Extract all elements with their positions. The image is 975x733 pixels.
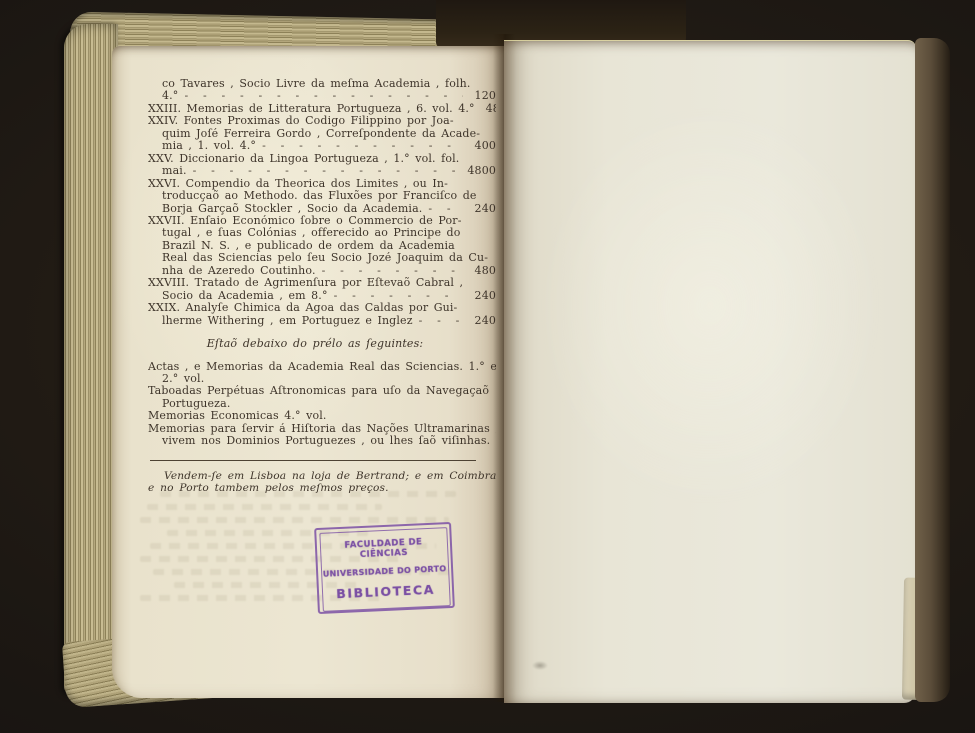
line-text: XXVIII. Tratado de Agrimenſura por Eſtev… bbox=[148, 277, 463, 289]
text-line: mia , 1. vol. 4.°- - - - - - - - - - - -… bbox=[148, 140, 496, 152]
line-text: XXVII. Enſaio Económico ſobre o Commerci… bbox=[148, 215, 462, 227]
text-line: mai.- - - - - - - - - - - - - - - - - - … bbox=[148, 165, 496, 177]
line-text: Socio da Academia , em 8.° bbox=[162, 290, 328, 302]
text-line: XXIV. Fontes Proximas do Codigo Filippin… bbox=[148, 115, 496, 127]
line-text: Actas , e Memorias da Academia Real das … bbox=[148, 361, 496, 373]
page-stack-fore-edge bbox=[64, 24, 118, 696]
pencil-mark bbox=[532, 661, 548, 670]
open-book-photo: co Tavares , Socio Livre da meſma Academ… bbox=[0, 0, 975, 733]
text-line: Brazil N. S. , e publicado de ordem da A… bbox=[148, 240, 496, 252]
line-text: Memorias Economicas 4.° vol. bbox=[148, 410, 327, 422]
line-text: nha de Azeredo Coutinho. bbox=[162, 265, 316, 277]
text-line: Portugueza. bbox=[148, 398, 496, 410]
right-page-blank bbox=[504, 40, 916, 703]
text-line: Memorias para ſervir á Hiſtoria das Naçõ… bbox=[148, 423, 496, 435]
text-line: XXIX. Analyſe Chimica da Agoa das Caldas… bbox=[148, 302, 496, 314]
text-line: XXVII. Enſaio Económico ſobre o Commerci… bbox=[148, 215, 496, 227]
price-value: 240 bbox=[468, 290, 496, 302]
line-text: XXIX. Analyſe Chimica da Agoa das Caldas… bbox=[148, 302, 457, 314]
line-text: tugal , e ſuas Colónias , offerecido ao … bbox=[162, 227, 461, 239]
line-text: Portugueza. bbox=[162, 398, 230, 410]
text-line: troducçaõ ao Methodo. das Fluxões por Fr… bbox=[148, 190, 496, 202]
text-line: Borja Garçaõ Stockler , Socio da Academi… bbox=[148, 203, 496, 215]
dash-leader: - - - - - - - - - - - - - - - - - - - - bbox=[193, 165, 463, 177]
line-text: co Tavares , Socio Livre da meſma Academ… bbox=[162, 78, 471, 90]
text-line: tugal , e ſuas Colónias , offerecido ao … bbox=[148, 227, 496, 239]
line-text: troducçaõ ao Methodo. das Fluxões por Fr… bbox=[162, 190, 477, 202]
line-text: quim Joſé Ferreira Gordo , Correſpondent… bbox=[162, 128, 480, 140]
text-line: lherme Withering , em Portuguez e Inglez… bbox=[148, 315, 496, 327]
line-text: XXV. Diccionario da Lingoa Portugueza , … bbox=[148, 153, 459, 165]
text-line: Actas , e Memorias da Academia Real das … bbox=[148, 361, 496, 373]
line-text: Vendem-ſe em Lisboa na loja de Bertrand;… bbox=[164, 470, 496, 482]
dash-leader: - - - - - - - - - - - - - - - - - - bbox=[262, 140, 463, 152]
dash-leader: - - - - - - - - - - - - - - bbox=[322, 265, 463, 277]
price-value: 120 bbox=[468, 90, 496, 102]
text-line: Vendem-ſe em Lisboa na loja de Bertrand;… bbox=[148, 470, 496, 482]
text-line: Socio da Academia , em 8.°- - - - - - - … bbox=[148, 290, 496, 302]
catalog-list: co Tavares , Socio Livre da meſma Academ… bbox=[148, 78, 496, 327]
line-text: Real das Sciencias pelo ſeu Socio Jozé J… bbox=[162, 252, 488, 264]
line-text: lherme Withering , em Portuguez e Inglez bbox=[162, 315, 413, 327]
press-heading: Eſtaõ debaixo do prélo as ſeguintes: bbox=[148, 338, 482, 350]
cover-right-edge bbox=[915, 38, 950, 702]
text-line: Memorias Economicas 4.° vol. bbox=[148, 410, 496, 422]
line-text: Brazil N. S. , e publicado de ordem da A… bbox=[162, 240, 455, 252]
line-text: XXIII. Memorias de Litteratura Portuguez… bbox=[148, 103, 475, 115]
text-line: quim Joſé Ferreira Gordo , Correſpondent… bbox=[148, 128, 496, 140]
text-line: 4.°- - - - - - - - - - - - - - - - - - -… bbox=[148, 90, 496, 102]
price-value: 400 bbox=[468, 140, 496, 152]
dash-leader: - - - - - - bbox=[428, 203, 463, 215]
text-line: Taboadas Perpétuas Aſtronomicas para uſo… bbox=[148, 385, 496, 397]
library-stamp: FACULDADE DE CIÊNCIAS UNIVERSIDADE DO PO… bbox=[314, 522, 455, 614]
line-text: Borja Garçaõ Stockler , Socio da Academi… bbox=[162, 203, 422, 215]
line-text: 2.° vol. bbox=[162, 373, 204, 385]
library-stamp-border: FACULDADE DE CIÊNCIAS UNIVERSIDADE DO PO… bbox=[319, 527, 450, 612]
line-text: vivem nos Dominios Portuguezes , ou lhes… bbox=[162, 435, 490, 447]
text-line: Real das Sciencias pelo ſeu Socio Jozé J… bbox=[148, 252, 496, 264]
text-line: 2.° vol. bbox=[148, 373, 496, 385]
ghost-text-line bbox=[147, 504, 382, 510]
ghost-text-line bbox=[140, 517, 449, 523]
stamp-line-university: UNIVERSIDADE DO PORTO bbox=[323, 564, 447, 579]
line-text: Memorias para ſervir á Hiſtoria das Naçõ… bbox=[148, 423, 496, 435]
text-line: XXVI. Compendio da Theorica dos Limites … bbox=[148, 178, 496, 190]
text-line: XXV. Diccionario da Lingoa Portugueza , … bbox=[148, 153, 496, 165]
dash-leader: - - - - - - - - - - - - - - bbox=[334, 290, 463, 302]
colophon: Vendem-ſe em Lisboa na loja de Bertrand;… bbox=[148, 470, 496, 495]
printed-text-block: co Tavares , Socio Livre da meſma Academ… bbox=[148, 78, 496, 495]
text-line: vivem nos Dominios Portuguezes , ou lhes… bbox=[148, 435, 496, 447]
line-text: Taboadas Perpétuas Aſtronomicas para uſo… bbox=[148, 385, 489, 397]
price-value: 240 bbox=[468, 315, 496, 327]
line-text: e no Porto tambem pelos meſmos preços. bbox=[148, 482, 389, 494]
price-value: 480 bbox=[468, 265, 496, 277]
text-line: XXIII. Memorias de Litteratura Portuguez… bbox=[148, 103, 496, 115]
text-line: XXVIII. Tratado de Agrimenſura por Eſtev… bbox=[148, 277, 496, 289]
line-text: XXIV. Fontes Proximas do Codigo Filippin… bbox=[148, 115, 454, 127]
price-value: 240 bbox=[468, 203, 496, 215]
stamp-line-faculty: FACULDADE DE CIÊNCIAS bbox=[320, 536, 447, 562]
dash-leader: - - - - - - - - - - - - - - - - - - - - bbox=[184, 90, 463, 102]
dash-leader: - - - - - - bbox=[419, 315, 463, 327]
line-text: mai. bbox=[162, 165, 187, 177]
stamp-line-library: BIBLIOTECA bbox=[336, 582, 435, 601]
line-text: 4.° bbox=[162, 90, 178, 102]
price-value: 4800 bbox=[467, 165, 496, 177]
in-press-list: Actas , e Memorias da Academia Real das … bbox=[148, 361, 496, 448]
line-text: mia , 1. vol. 4.° bbox=[162, 140, 256, 152]
separator-rule bbox=[150, 460, 476, 461]
left-page: co Tavares , Socio Livre da meſma Academ… bbox=[112, 46, 504, 698]
text-line: nha de Azeredo Coutinho.- - - - - - - - … bbox=[148, 265, 496, 277]
line-text: XXVI. Compendio da Theorica dos Limites … bbox=[148, 178, 448, 190]
text-line: e no Porto tambem pelos meſmos preços. bbox=[148, 482, 496, 494]
text-line: co Tavares , Socio Livre da meſma Academ… bbox=[148, 78, 496, 90]
